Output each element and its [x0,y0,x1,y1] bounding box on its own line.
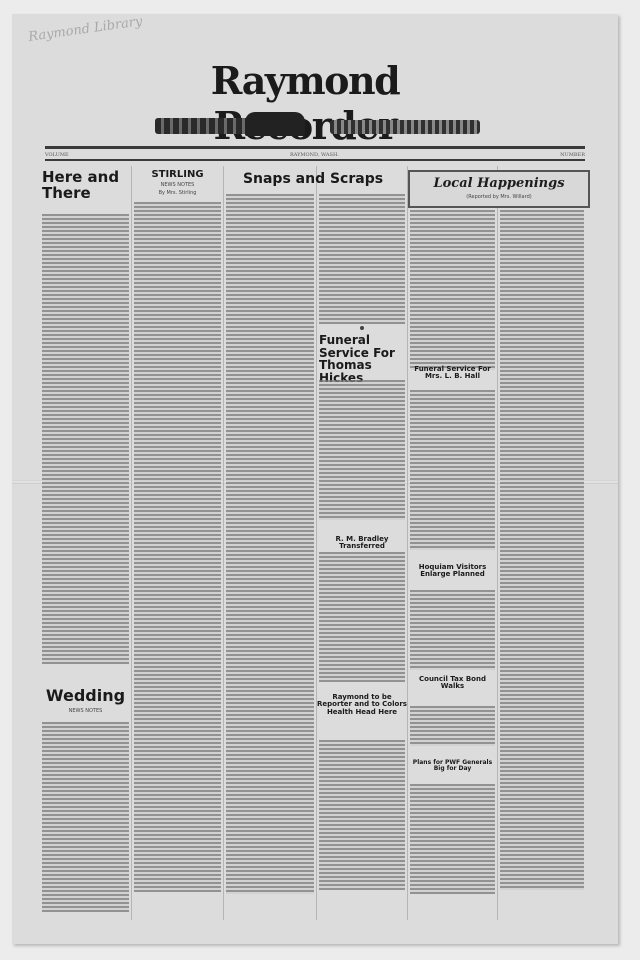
masthead-rule [45,146,585,149]
headline-stirling: STIRLING [132,170,223,181]
headline-here-and-there: Here and There [40,170,131,202]
dateline-volume: VOLUME [45,152,69,158]
headline-raymond-reporter: Raymond to be Reporter and to Colors Hea… [317,694,407,716]
dateline-place: RAYMOND, WASH. [290,152,339,158]
local-happenings-box: Local Happenings (Reported by Mrs. Willa… [408,170,590,208]
headline-council-tax: Council Tax Bond Walks [408,676,497,691]
headline-wedding: Wedding [40,688,131,705]
column-1: Here and There Wedding NEWS NOTES [40,166,132,920]
column-6 [498,166,586,920]
dateline: VOLUME RAYMOND, WASH. NUMBER [45,150,585,159]
dateline-rule [45,159,585,161]
dateline-number: NUMBER [560,152,585,158]
column-5: Funeral Service For Mrs. L. B. Hall Hoqu… [408,166,498,920]
headline-funeral-mrs-hall: Funeral Service For Mrs. L. B. Hall [408,366,497,381]
headline-local-happenings: Local Happenings [410,176,588,191]
column-3: Snaps and Scraps [224,166,317,920]
headline-pwf-generals: Plans for PWF Generals Big for Day [408,760,497,773]
masthead-illustration [155,112,485,140]
headline-hoquiam-visitors: Hoquiam Visitors Enlarge Planned [408,564,497,579]
headline-funeral-thomas-hickes: Funeral Service For Thomas Hickes [317,334,407,384]
headline-bradley-transferred: R. M. Bradley Transferred [317,536,407,551]
column-2: STIRLING NEWS NOTES By Mrs. Stirling [132,166,224,920]
column-4: Funeral Service For Thomas Hickes R. M. … [317,166,408,920]
